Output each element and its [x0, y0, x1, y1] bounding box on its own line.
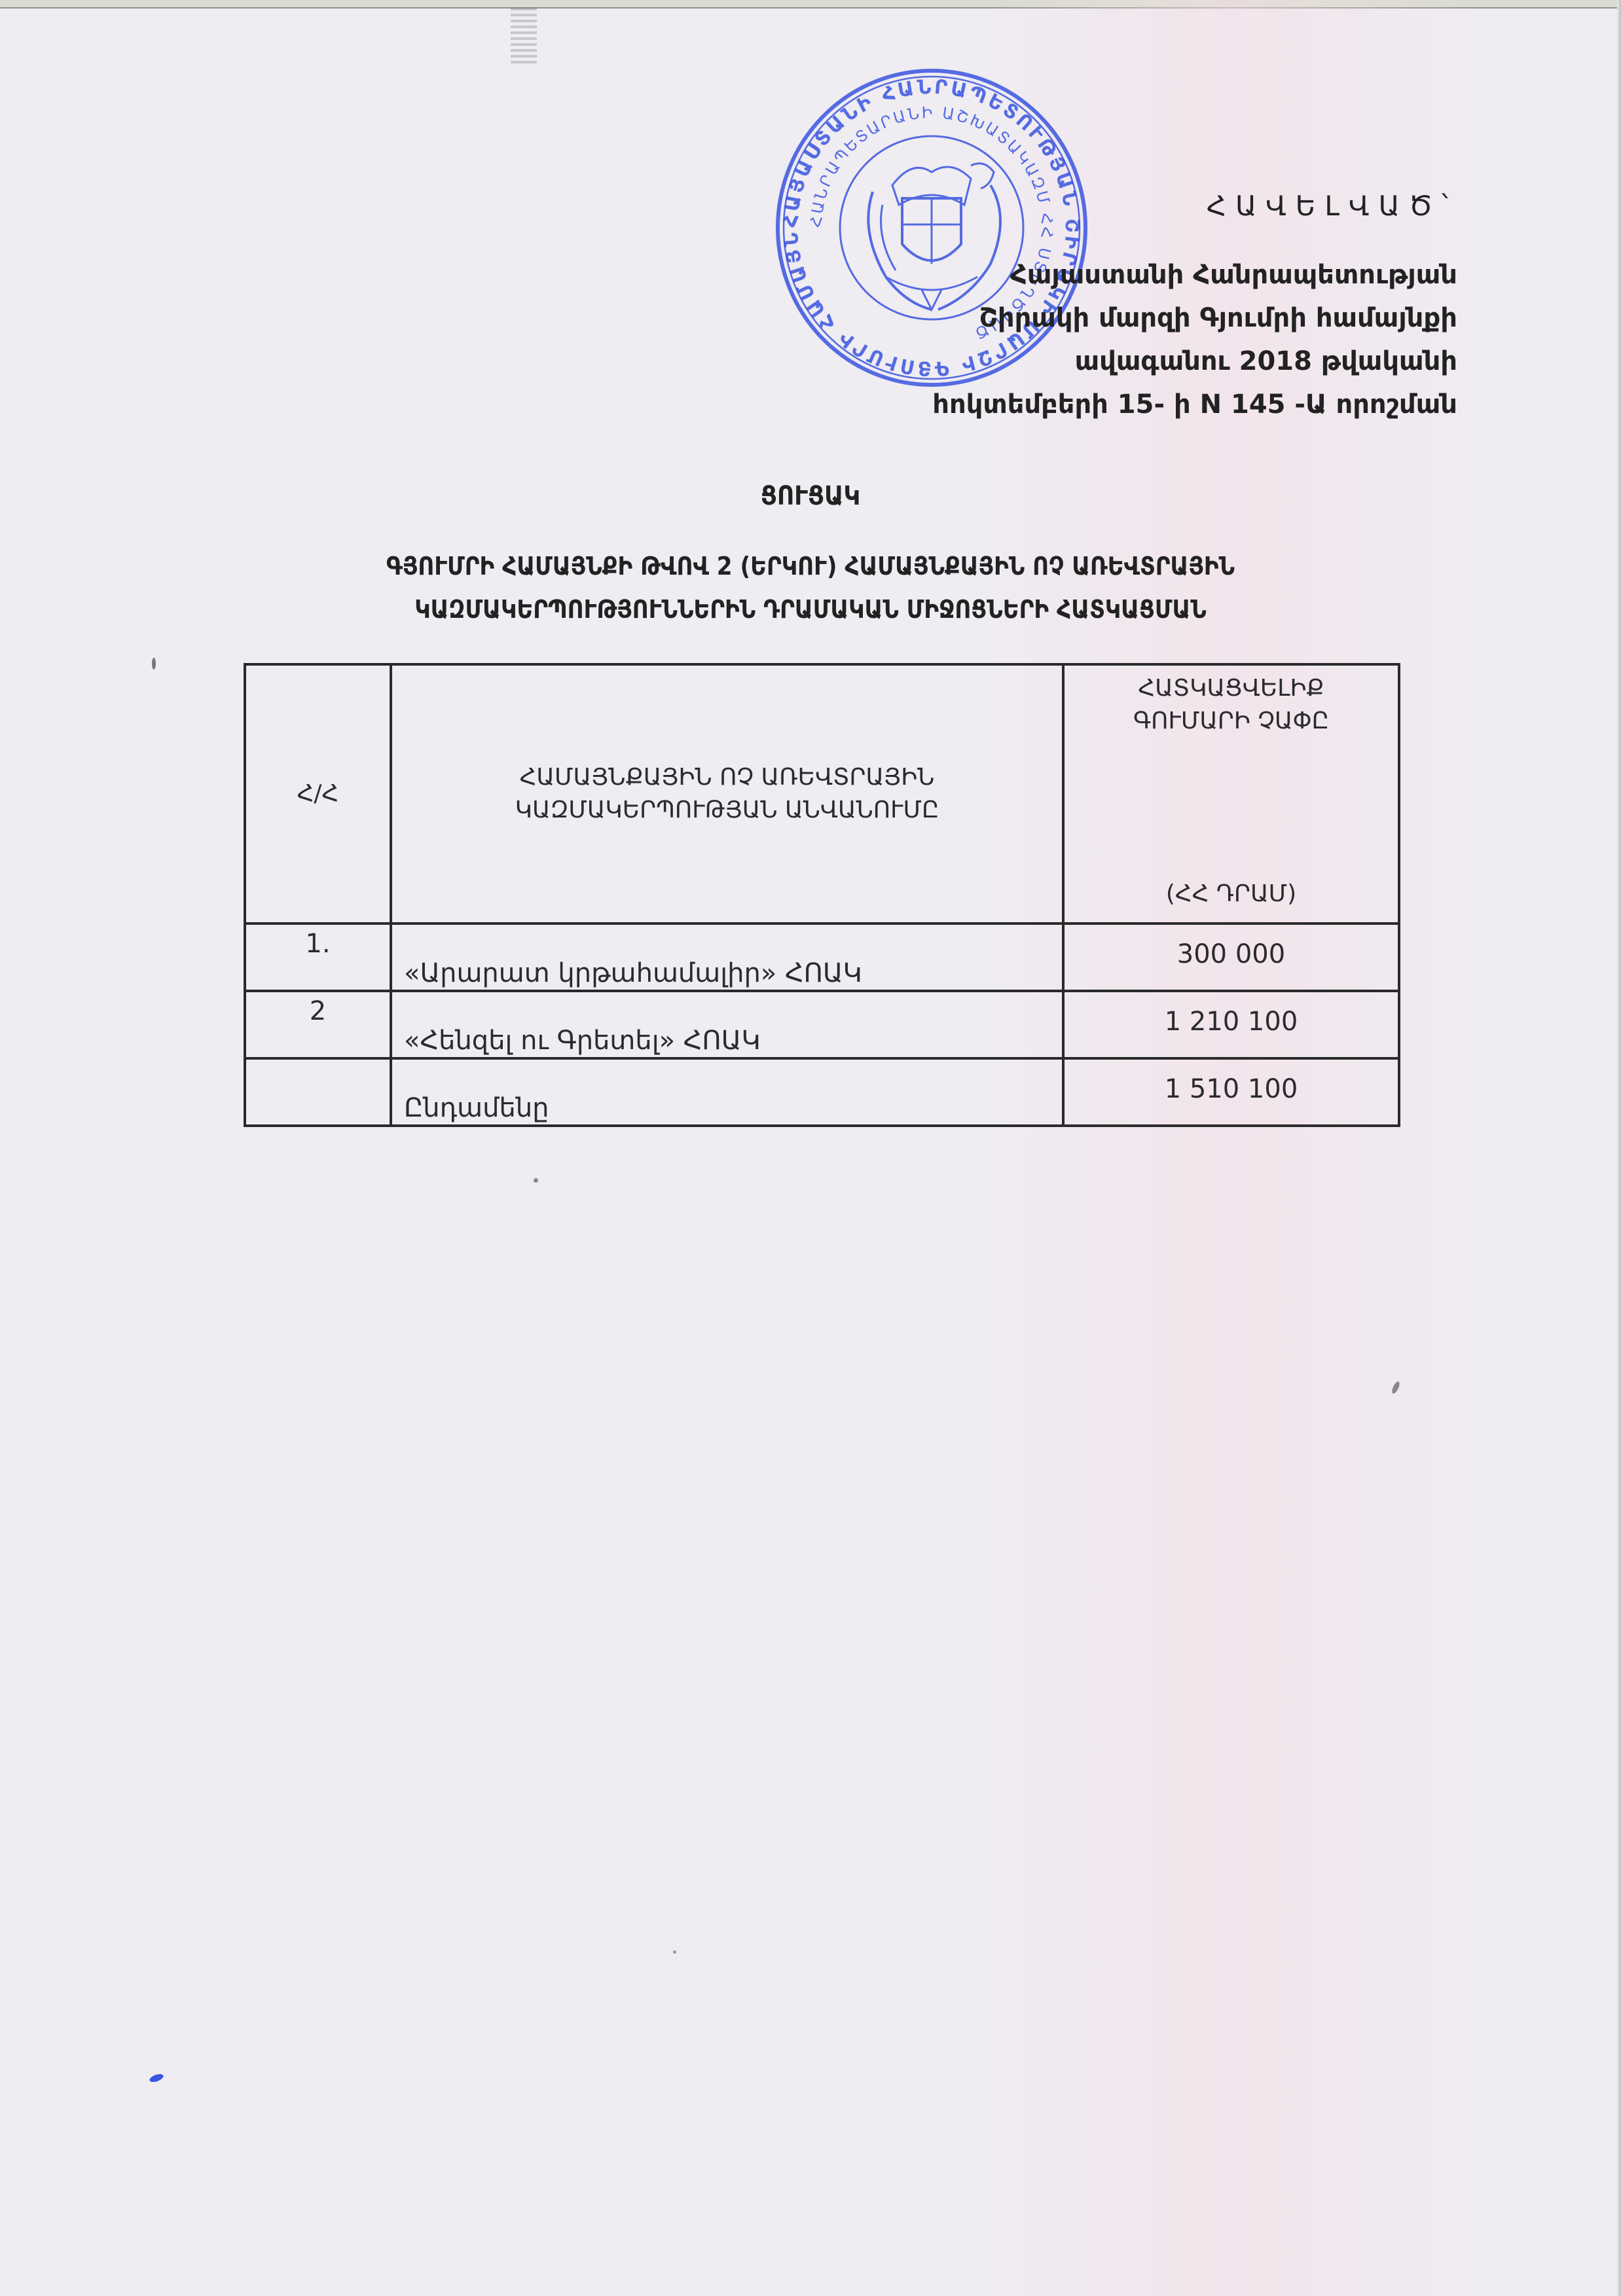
document-subheading: ԳՅՈՒՄՐԻ ՀԱՄԱՅՆՔԻ ԹՎՈՎ 2 (ԵՐԿՈՒ) ՀԱՄԱՅՆՔԱ… — [0, 545, 1621, 631]
header-amount-line: ՀԱՏԿԱՑՎԵԼԻՔ — [1065, 672, 1398, 705]
row-number: 1. — [246, 929, 390, 959]
row-amount: 300 000 — [1065, 939, 1398, 969]
approval-title: ՀԱՎԵԼՎԱԾ՝ — [932, 190, 1457, 222]
header-number: Հ/Հ — [245, 664, 391, 924]
scan-speck — [152, 658, 156, 670]
table-row: 1. «Արարատ կրթահամալիր» ՀՈԱԿ 300 000 — [245, 924, 1399, 991]
subheading-line: ԳՅՈՒՄՐԻ ՀԱՄԱՅՆՔԻ ԹՎՈՎ 2 (ԵՐԿՈՒ) ՀԱՄԱՅՆՔԱ… — [0, 545, 1621, 588]
approval-line: Հայաստանի Հանրապետության — [932, 253, 1457, 296]
subheading-line: ԿԱԶՄԱԿԵՐՊՈՒԹՅՈՒՆՆԵՐԻՆ ԴՐԱՄԱԿԱՆ ՄԻՋՈՑՆԵՐԻ… — [0, 588, 1621, 631]
row-name: «Հենզել ու Գրետել» ՀՈԱԿ — [404, 1026, 761, 1056]
scan-speck — [673, 1950, 676, 1954]
approval-line: Շիրակի մարզի Գյումրի համայնքի — [932, 296, 1457, 340]
header-name: ՀԱՄԱՅՆՔԱՅԻՆ ՈՉ ԱՌԵՎՏՐԱՅԻՆ ԿԱԶՄԱԿԵՐՊՈՒԹՅԱ… — [391, 664, 1063, 924]
scan-speck — [534, 1178, 538, 1183]
header-amount-unit: (ՀՀ ԴՐԱՄ) — [1065, 878, 1398, 910]
allocation-table: Հ/Հ ՀԱՄԱՅՆՔԱՅԻՆ ՈՉ ԱՌԵՎՏՐԱՅԻՆ ԿԱԶՄԱԿԵՐՊՈ… — [244, 663, 1400, 1127]
scan-smudge — [511, 8, 537, 67]
row-amount: 1 210 100 — [1065, 1007, 1398, 1037]
header-amount-line: ԳՈՒՄԱՐԻ ՉԱՓԸ — [1065, 705, 1398, 738]
row-number: 2 — [246, 996, 390, 1026]
approval-line: հոկտեմբերի 15- ի N 145 -Ա որոշման — [932, 383, 1457, 426]
approval-block: ՀԱՎԵԼՎԱԾ՝ Հայաստանի Հանրապետության Շիրակ… — [932, 190, 1457, 426]
approval-line: ավագանու 2018 թվականի — [932, 340, 1457, 383]
row-name: «Արարատ կրթահամալիր» ՀՈԱԿ — [404, 958, 862, 988]
row-name: Ընդամենը — [404, 1093, 549, 1123]
scan-speck — [149, 2073, 164, 2084]
scan-edge-right — [1617, 0, 1621, 2296]
header-amount: ՀԱՏԿԱՑՎԵԼԻՔ ԳՈՒՄԱՐԻ ՉԱՓԸ (ՀՀ ԴՐԱՄ) — [1063, 664, 1399, 924]
document-heading: ՑՈՒՑԱԿ — [0, 481, 1621, 511]
row-amount: 1 510 100 — [1065, 1074, 1398, 1104]
header-name-line: ԿԱԶՄԱԿԵՐՊՈՒԹՅԱՆ ԱՆՎԱՆՈՒՄԸ — [392, 794, 1062, 827]
table-row: 2 «Հենզել ու Գրետել» ՀՈԱԿ 1 210 100 — [245, 991, 1399, 1058]
table-total-row: Ընդամենը 1 510 100 — [245, 1058, 1399, 1126]
table-header-row: Հ/Հ ՀԱՄԱՅՆՔԱՅԻՆ ՈՉ ԱՌԵՎՏՐԱՅԻՆ ԿԱԶՄԱԿԵՐՊՈ… — [245, 664, 1399, 924]
header-name-line: ՀԱՄԱՅՆՔԱՅԻՆ ՈՉ ԱՌԵՎՏՐԱՅԻՆ — [392, 761, 1062, 794]
